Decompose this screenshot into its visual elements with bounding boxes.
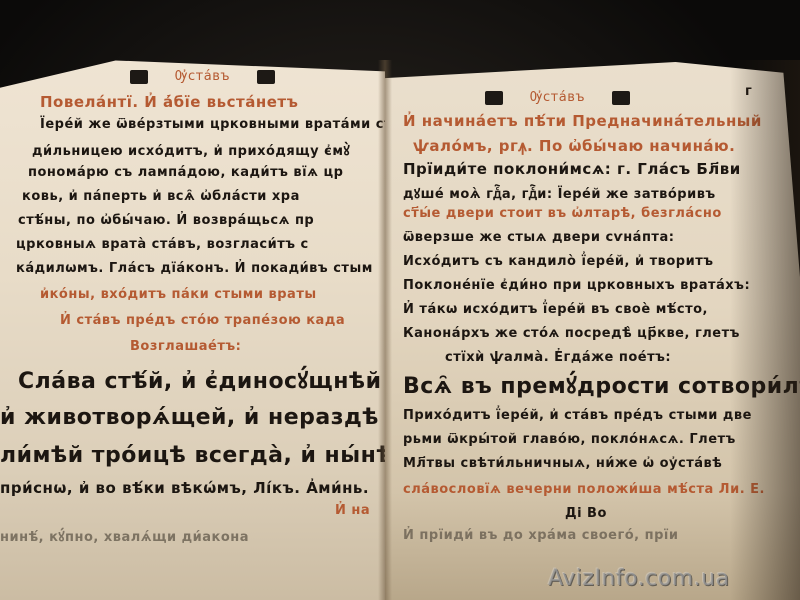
text-line: ст҃ы́е двери стоит въ ѡ҆лтарѣ, безгла́сн… xyxy=(403,206,722,221)
text-line: Прїиди́те поклони́мсѧ: г. Гла́съ Бл҃ви xyxy=(403,160,741,178)
text-line: ди́льницею исхо́дитъ, и҆ прихо́дящу є҆мꙋ… xyxy=(32,141,350,159)
text-line: Поклоне́нїе є҆ди́но при црковныхъ врата́… xyxy=(403,278,750,293)
text-line: Сла́ва стѣ́й, и҆ є҆диносꙋ́щнѣй xyxy=(18,365,382,395)
text-line: нинѣ́, кꙋ́пно, хвалѧ́щи ди́акона xyxy=(0,527,249,545)
text-line: дꙋше́ моѧ̀ гдⷭ҇а, гдⷭ҇и: Їере́й же затво… xyxy=(403,184,716,202)
text-line: црковныѧ врата̀ ста́въ, возгласи́тъ с xyxy=(16,237,309,252)
text-line: при́снѡ, и҆ во вѣ́ки вѣкѡ́мъ, Лі́къ. А҆м… xyxy=(0,479,369,497)
text-line: ѱало́мъ, ргꙟ. По ѡ҆бы́чаю начина́ю. xyxy=(413,136,735,156)
text-line: ковь, и҆ па́перть и҆ всѧ̑ ѡ҆бла́сти хра xyxy=(22,189,300,204)
text-line: ли́мѣй тро́ицѣ всегда̀, и҆ ны́нѣ и xyxy=(0,443,385,468)
text-line: и҆ животворѧ́щей, и҆ нераздѣ xyxy=(0,405,379,430)
text-line: Исхо́дитъ съ кандило̀ ї҆ере́й, и҆ творит… xyxy=(403,254,714,269)
text-line: Канона́рхъ же сто́ѧ посредѣ̀ цр҃кве, гле… xyxy=(403,326,740,341)
text-line: рьми ѿкры́той главо́ю, покло́нѧсѧ. Глетъ xyxy=(403,432,736,447)
text-line: И҆ начина́етъ пѣ́ти Предначина́тельный xyxy=(403,112,762,130)
book-gutter xyxy=(378,60,392,600)
ornament-icon xyxy=(130,70,148,84)
text-line: ка́дилѡмъ. Гла́съ дїа́конъ. И҆ покади́въ… xyxy=(16,261,373,276)
watermark: AvizInfo.com.ua xyxy=(548,566,730,591)
text-line: Возглашае́тъ: xyxy=(130,339,241,354)
right-page-header: Ѹ҆ста́въ xyxy=(485,90,630,105)
text-line: Мл҃твы свѣти́льничныѧ, ни́же ѡ҆ оу҆ста́в… xyxy=(403,456,722,471)
text-line: И҆ та́кѡ исхо́дитъ ї҆ере́й въ своѐ мѣ́ст… xyxy=(403,302,708,317)
text-line: Прихо́дитъ ї҆ере́й, и҆ ста́въ пре́дъ сты… xyxy=(403,408,752,423)
left-page: Ѹ҆ста́въ Повела́нтї. И҆ а҆́бїе вьста́нет… xyxy=(0,55,385,600)
text-line: и҆ко́ны, вхо́дитъ па́ки стыми враты xyxy=(40,287,317,302)
left-page-header: Ѹ҆ста́въ xyxy=(130,69,275,84)
text-line: сла́вословїѧ вечерни положи́ша мѣ́ста Ли… xyxy=(403,482,765,497)
text-line: Повела́нтї. И҆ а҆́бїе вьста́нетъ xyxy=(40,93,298,111)
text-line: И҆ ста́въ пре́дъ сто́ю трапе́зою када xyxy=(60,313,345,328)
page-edge-shadow xyxy=(730,60,800,600)
text-line: стїхѝ ѱалма̀. Е҆гда́же пое́тъ: xyxy=(445,350,671,365)
ornament-icon xyxy=(612,91,630,105)
text-line: Ді Во xyxy=(565,506,607,521)
ornament-icon xyxy=(257,70,275,84)
ornament-icon xyxy=(485,91,503,105)
text-line: И҆ прїиди́ въ до хра́ма своего́, прїи xyxy=(403,528,678,543)
text-line: стѣ́ны, по ѡ҆бы́чаю. И҆ возвра́щьсѧ пр xyxy=(18,213,314,228)
text-line: И҆ на xyxy=(335,503,370,518)
text-line: ѿверзше же стыѧ двери сѵна́пта: xyxy=(403,230,674,245)
text-line: понома́рю съ лампа́дою, кади́тъ вїѧ цр xyxy=(28,165,343,180)
text-line: Їере́й же ѿве́рзтыми црковными врата́ми … xyxy=(40,117,385,132)
